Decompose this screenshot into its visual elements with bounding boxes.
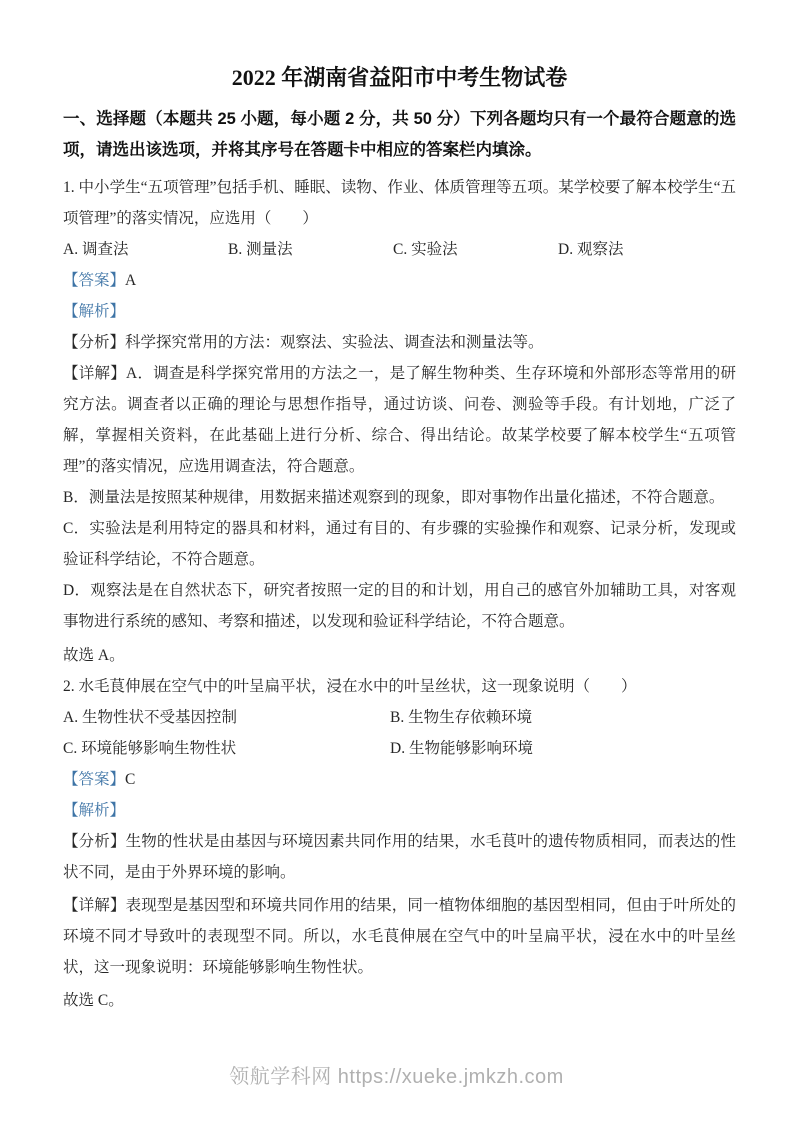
fenxi-text: 科学探究常用的方法：观察法、实验法、调查法和测量法等。 — [125, 334, 544, 351]
question-1-options: A. 调查法 B. 测量法 C. 实验法 D. 观察法 — [63, 234, 736, 265]
answer-value: C — [125, 771, 135, 788]
question-2-answer-line: 【答案】C — [63, 764, 736, 795]
exam-content: 2022 年湖南省益阳市中考生物试卷 一、选择题（本题共 25 小题，每小题 2… — [0, 0, 793, 1016]
question-1-option-a: A. 调查法 — [63, 234, 228, 265]
question-1-fenxi: 【分析】科学探究常用的方法：观察法、实验法、调查法和测量法等。 — [63, 327, 736, 358]
question-2-option-d: D. 生物能够影响环境 — [390, 733, 736, 764]
question-2-option-a: A. 生物性状不受基因控制 — [63, 702, 390, 733]
xiangjie-label: 【详解】 — [63, 365, 126, 382]
document-title: 2022 年湖南省益阳市中考生物试卷 — [63, 0, 736, 94]
fenxi-text: 生物的性状是由基因与环境因素共同作用的结果，水毛茛叶的遗传物质相同，而表达的性状… — [63, 833, 736, 881]
answer-value: A — [125, 272, 136, 289]
question-1-option-c: C. 实验法 — [393, 234, 558, 265]
exam-paper-page: 2022 年湖南省益阳市中考生物试卷 一、选择题（本题共 25 小题，每小题 2… — [0, 0, 793, 1122]
question-2-detail: 【详解】表现型是基因型和环境共同作用的结果，同一植物体细胞的基因型相同，但由于叶… — [63, 890, 736, 983]
section-header: 一、选择题（本题共 25 小题，每小题 2 分，共 50 分）下列各题均只有一个… — [63, 104, 736, 166]
question-2-analysis-label: 【解析】 — [63, 795, 736, 826]
question-2-stem: 2. 水毛茛伸展在空气中的叶呈扁平状，浸在水中的叶呈丝状，这一现象说明（ ） — [63, 671, 736, 702]
detail-text: A．调查是科学探究常用的方法之一，是了解生物种类、生存环境和外部形态等常用的研究… — [63, 365, 736, 475]
watermark-text: 领航学科网 https://xueke.jmkzh.com — [229, 1066, 564, 1088]
question-1-detail-d: D．观察法是在自然状态下，研究者按照一定的目的和计划，用自己的感官外加辅助工具，… — [63, 575, 736, 637]
question-1-analysis-label: 【解析】 — [63, 296, 736, 327]
question-1-detail-a: 【详解】A．调查是科学探究常用的方法之一，是了解生物种类、生存环境和外部形态等常… — [63, 358, 736, 482]
question-1-stem: 1. 中小学生“五项管理”包括手机、睡眠、读物、作业、体质管理等五项。某学校要了… — [63, 172, 736, 234]
xiangjie-label: 【详解】 — [63, 897, 126, 914]
question-2-options: A. 生物性状不受基因控制 B. 生物生存依赖环境 C. 环境能够影响生物性状 … — [63, 702, 736, 764]
question-2-option-b: B. 生物生存依赖环境 — [390, 702, 736, 733]
question-2: 2. 水毛茛伸展在空气中的叶呈扁平状，浸在水中的叶呈丝状，这一现象说明（ ） A… — [63, 671, 736, 1016]
detail-text: 表现型是基因型和环境共同作用的结果，同一植物体细胞的基因型相同，但由于叶所处的环… — [63, 897, 736, 976]
question-2-fenxi: 【分析】生物的性状是由基因与环境因素共同作用的结果，水毛茛叶的遗传物质相同，而表… — [63, 826, 736, 888]
fenxi-label: 【分析】 — [63, 334, 125, 351]
question-1-option-d: D. 观察法 — [558, 234, 736, 265]
question-2-conclusion: 故选 C。 — [63, 985, 736, 1016]
fenxi-label: 【分析】 — [63, 833, 126, 850]
question-1-conclusion: 故选 A。 — [63, 640, 736, 671]
question-1-detail-c: C．实验法是利用特定的器具和材料，通过有目的、有步骤的实验操作和观察、记录分析，… — [63, 513, 736, 575]
answer-label: 【答案】 — [63, 272, 125, 289]
question-1-answer-line: 【答案】A — [63, 265, 736, 296]
answer-label: 【答案】 — [63, 771, 125, 788]
question-2-option-c: C. 环境能够影响生物性状 — [63, 733, 390, 764]
watermark: 领航学科网 https://xueke.jmkzh.com — [0, 1062, 793, 1092]
question-1-detail-b: B．测量法是按照某种规律，用数据来描述观察到的现象，即对事物作出量化描述，不符合… — [63, 482, 736, 513]
question-1-option-b: B. 测量法 — [228, 234, 393, 265]
question-1: 1. 中小学生“五项管理”包括手机、睡眠、读物、作业、体质管理等五项。某学校要了… — [63, 172, 736, 671]
